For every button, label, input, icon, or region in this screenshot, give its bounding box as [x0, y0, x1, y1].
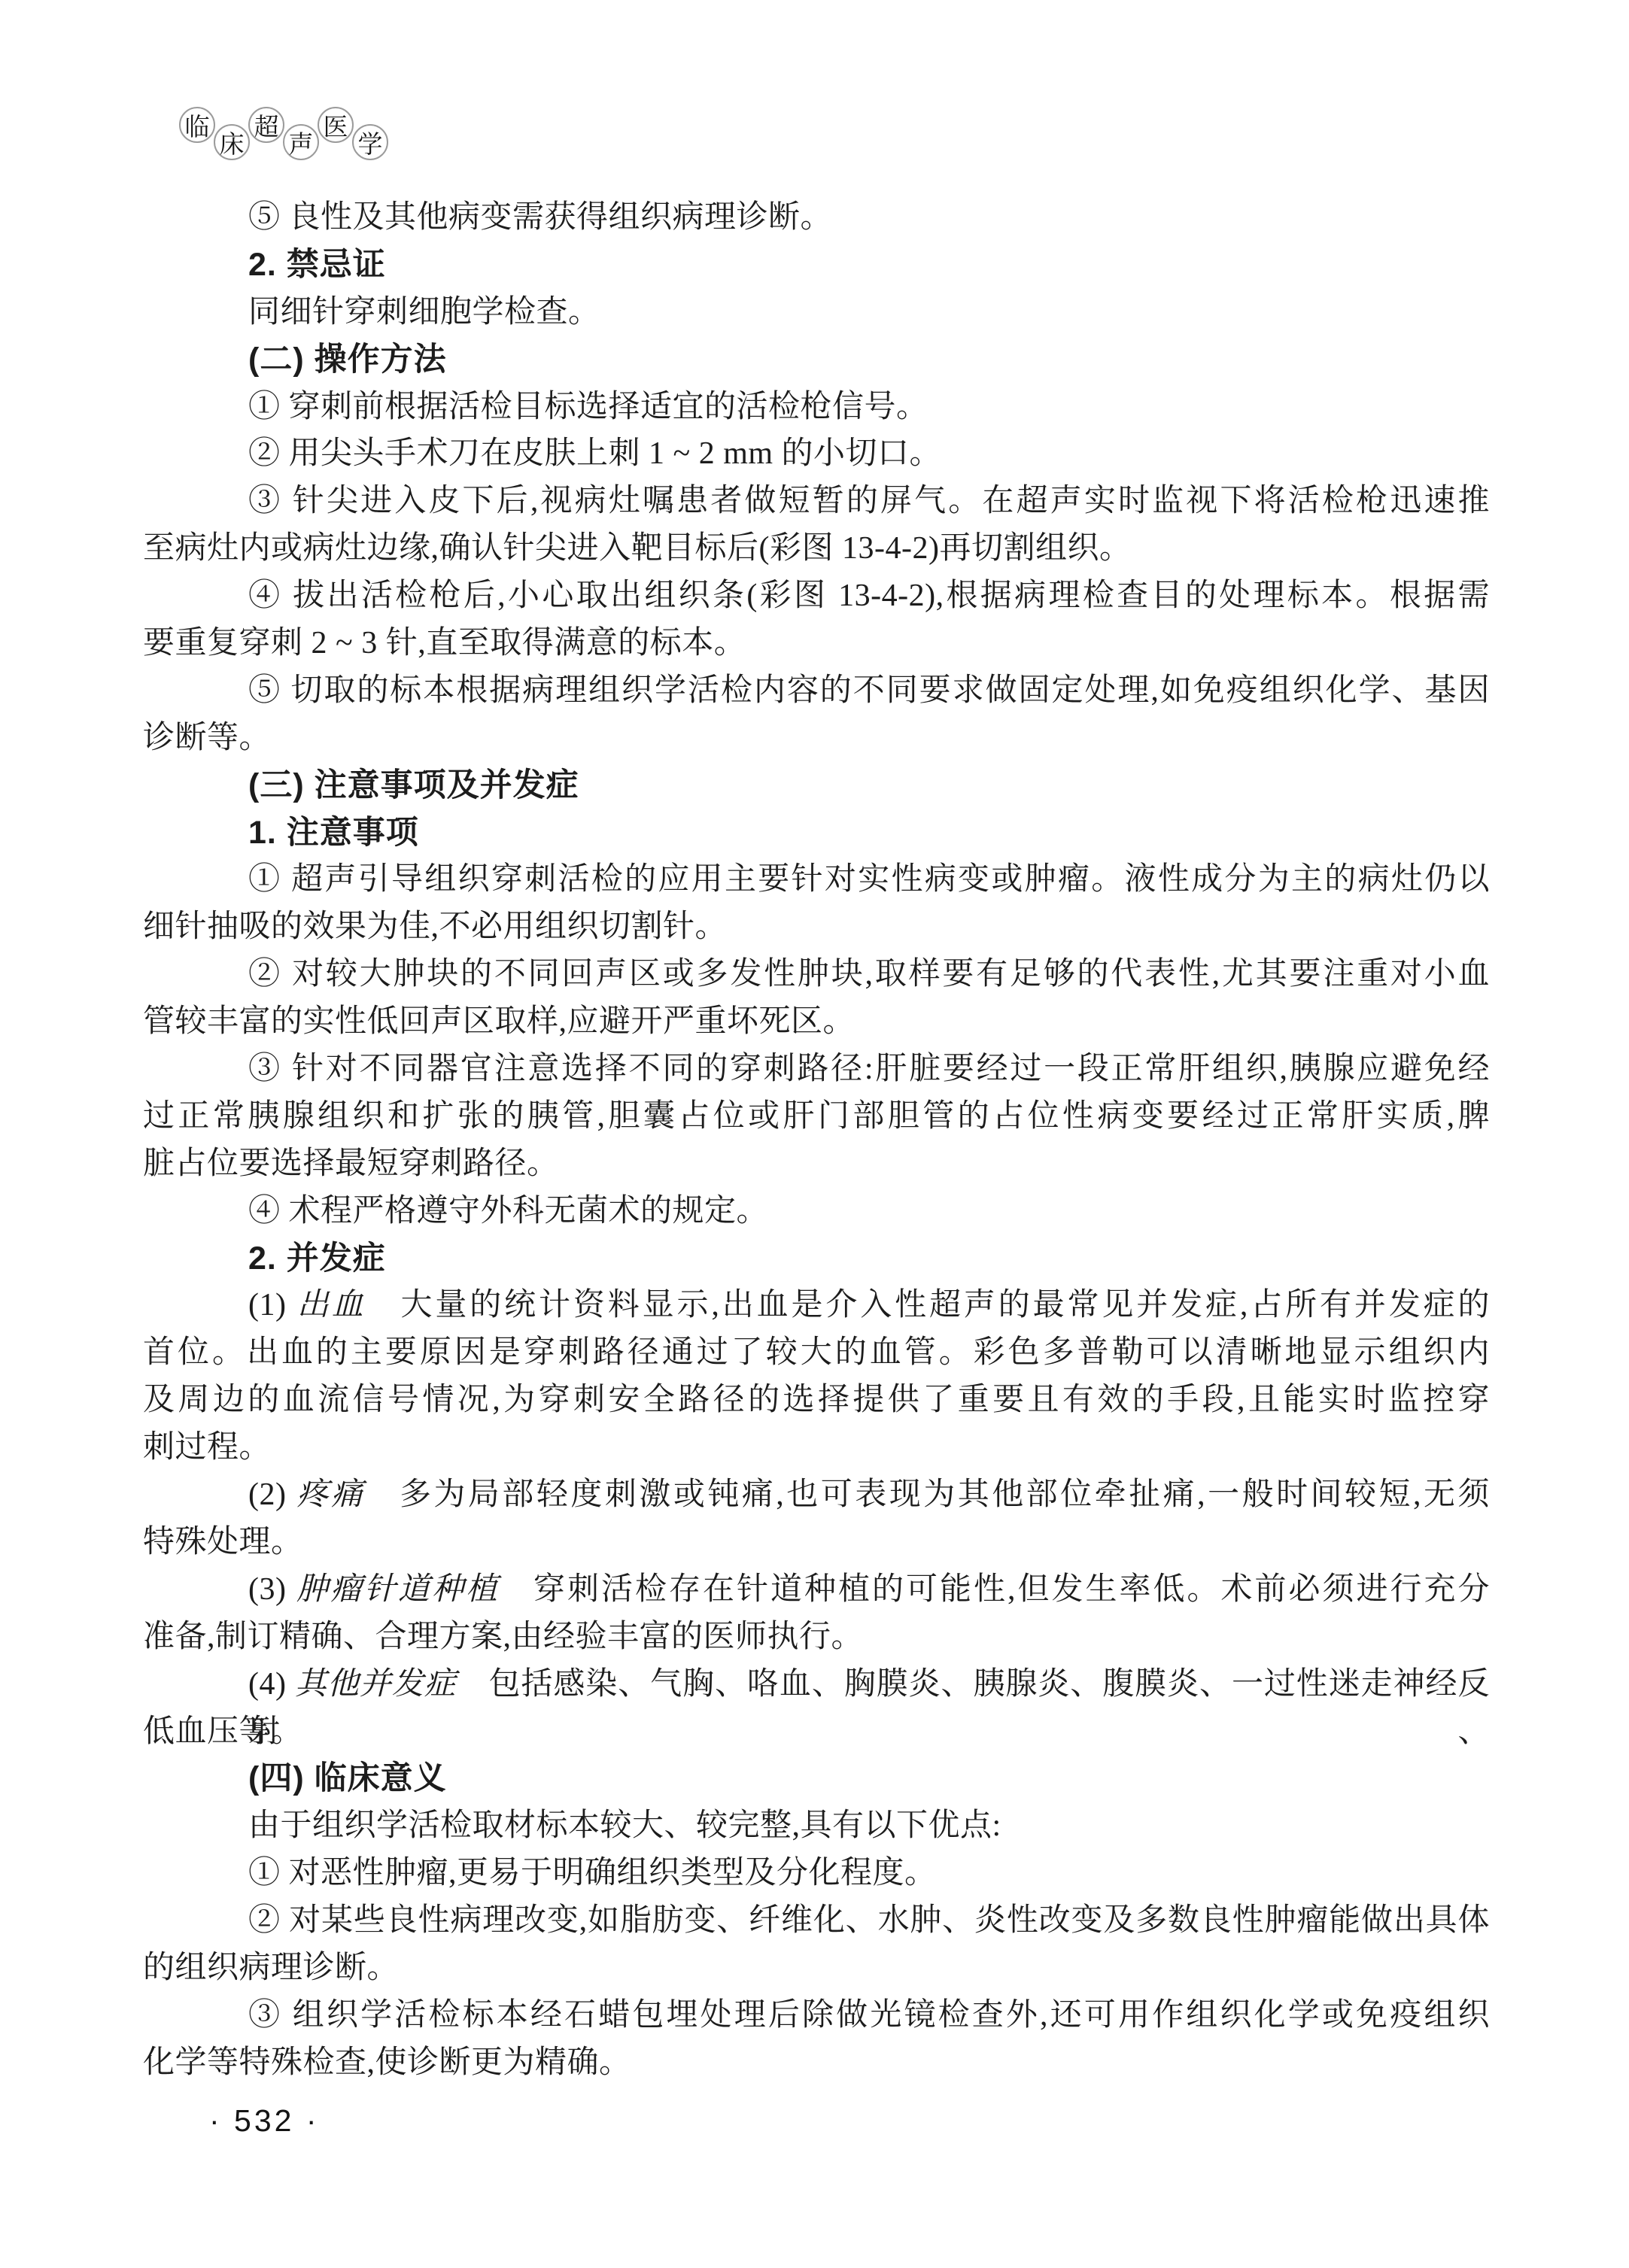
text-line: 的组织病理诊断。	[143, 1945, 1490, 1992]
heading-line: (四) 临床意义	[143, 1755, 1490, 1802]
text-line: ⑤ 良性及其他病变需获得组织病理诊断。	[143, 194, 1490, 241]
text-line: ② 对某些良性病理改变,如脂肪变、纤维化、水肿、炎性改变及多数良性肿瘤能做出具体	[143, 1897, 1490, 1945]
text-run: ③ 组织学活检标本经石蜡包埋处理后除做光镜检查外,还可用作组织化学或免疫组织	[248, 1998, 1490, 2033]
term-kaiti: 肿瘤针道种植	[296, 1572, 500, 1607]
text-run: (二) 操作方法	[248, 342, 447, 378]
text-line: (3) 肿瘤针道种植 穿刺活检存在针道种植的可能性,但发生率低。术前必须进行充分	[143, 1566, 1490, 1614]
text-run: (1)	[248, 1288, 297, 1322]
text-line: 刺过程。	[143, 1424, 1490, 1471]
term-kaiti: 疼痛	[296, 1477, 365, 1512]
logo-char-circle: 医	[318, 107, 354, 143]
text-run: (四) 临床意义	[248, 1760, 447, 1796]
text-line: 同细针穿刺细胞学检查。	[143, 289, 1490, 336]
document-text: ⑤ 良性及其他病变需获得组织病理诊断。2. 禁忌证同细针穿刺细胞学检查。(二) …	[143, 194, 1490, 2087]
text-line: ② 用尖头手术刀在皮肤上刺 1 ~ 2 mm 的小切口。	[143, 430, 1490, 478]
text-run: 首位。出血的主要原因是穿刺路径通过了较大的血管。彩色多普勒可以清晰地显示组织内	[143, 1335, 1490, 1370]
text-run: 穿刺活检存在针道种植的可能性,但发生率低。术前必须进行充分	[500, 1572, 1490, 1607]
text-run: ① 对恶性肿瘤,更易于明确组织类型及分化程度。	[248, 1856, 937, 1890]
text-line: 诊断等。	[143, 715, 1490, 762]
text-run: ② 对某些良性病理改变,如脂肪变、纤维化、水肿、炎性改变及多数良性肿瘤能做出具体	[248, 1903, 1490, 1938]
logo-char-circle: 超	[248, 107, 284, 143]
text-run: ③ 针对不同器官注意选择不同的穿刺路径:肝脏要经过一段正常肝组织,胰腺应避免经	[248, 1052, 1490, 1086]
text-run: 准备,制订精确、合理方案,由经验丰富的医师执行。	[143, 1620, 863, 1654]
logo-char-circle: 临	[179, 107, 215, 143]
text-line: ① 穿刺前根据活检目标选择适宜的活检枪信号。	[143, 384, 1490, 431]
text-line: 要重复穿刺 2 ~ 3 针,直至取得满意的标本。	[143, 620, 1490, 667]
text-run: 同细针穿刺细胞学检查。	[248, 295, 600, 329]
text-run: 过正常胰腺组织和扩张的胰管,胆囊占位或肝门部胆管的占位性病变要经过正常肝实质,脾	[143, 1099, 1490, 1134]
text-run: ② 对较大肿块的不同回声区或多发性肿块,取样要有足够的代表性,尤其要注重对小血	[248, 957, 1490, 991]
text-line: ③ 针对不同器官注意选择不同的穿刺路径:肝脏要经过一段正常肝组织,胰腺应避免经	[143, 1046, 1490, 1093]
text-run: 特殊处理。	[143, 1525, 303, 1559]
text-run: 的组织病理诊断。	[143, 1951, 399, 1985]
text-run: 刺过程。	[143, 1430, 271, 1465]
text-line: 及周边的血流信号情况,为穿刺安全路径的选择提供了重要且有效的手段,且能实时监控穿	[143, 1377, 1490, 1424]
text-line: ③ 针尖进入皮下后,视病灶嘱患者做短暂的屏气。在超声实时监视下将活检枪迅速推	[143, 478, 1490, 525]
text-run: ③ 针尖进入皮下后,视病灶嘱患者做短暂的屏气。在超声实时监视下将活检枪迅速推	[248, 484, 1490, 518]
text-run: 脏占位要选择最短穿刺路径。	[143, 1146, 559, 1181]
text-run: 至病灶内或病灶边缘,确认针尖进入靶目标后(彩图 13-4-2)再切割组织。	[143, 531, 1131, 566]
heading-line: (三) 注意事项及并发症	[143, 762, 1490, 809]
text-run: 细针抽吸的效果为佳,不必用组织切割针。	[143, 909, 727, 944]
logo-char-circle: 床	[214, 124, 250, 160]
heading-line: 1. 注意事项	[143, 809, 1490, 857]
text-run: 要重复穿刺 2 ~ 3 针,直至取得满意的标本。	[143, 626, 746, 660]
text-run: (三) 注意事项及并发症	[248, 767, 579, 803]
text-run: 化学等特殊检查,使诊断更为精确。	[143, 2045, 631, 2080]
text-line: 至病灶内或病灶边缘,确认针尖进入靶目标后(彩图 13-4-2)再切割组织。	[143, 525, 1490, 572]
logo-char-circle: 学	[352, 124, 388, 160]
text-run: 2. 禁忌证	[248, 247, 386, 283]
text-run: (2)	[248, 1477, 296, 1512]
text-line: (2) 疼痛 多为局部轻度刺激或钝痛,也可表现为其他部位牵扯痛,一般时间较短,无…	[143, 1471, 1490, 1519]
text-run: ④ 拔出活检枪后,小心取出组织条(彩图 13-4-2),根据病理检查目的处理标本…	[248, 578, 1490, 613]
heading-line: (二) 操作方法	[143, 336, 1490, 384]
text-line: 过正常胰腺组织和扩张的胰管,胆囊占位或肝门部胆管的占位性病变要经过正常肝实质,脾	[143, 1093, 1490, 1140]
term-kaiti: 出血	[297, 1288, 366, 1322]
text-line: ④ 术程严格遵守外科无菌术的规定。	[143, 1188, 1490, 1235]
page-number: · 532 ·	[209, 2103, 320, 2139]
text-line: 管较丰富的实性低回声区取样,应避开严重坏死区。	[143, 998, 1490, 1046]
text-line: 细针抽吸的效果为佳,不必用组织切割针。	[143, 903, 1490, 951]
text-line: 准备,制订精确、合理方案,由经验丰富的医师执行。	[143, 1614, 1490, 1661]
text-line: ① 超声引导组织穿刺活检的应用主要针对实性病变或肿瘤。液性成分为主的病灶仍以	[143, 856, 1490, 903]
text-line: 首位。出血的主要原因是穿刺路径通过了较大的血管。彩色多普勒可以清晰地显示组织内	[143, 1329, 1490, 1377]
text-run: 诊断等。	[143, 721, 271, 755]
text-run: ⑤ 良性及其他病变需获得组织病理诊断。	[248, 200, 832, 235]
text-run: 及周边的血流信号情况,为穿刺安全路径的选择提供了重要且有效的手段,且能实时监控穿	[143, 1383, 1490, 1417]
text-run: ④ 术程严格遵守外科无菌术的规定。	[248, 1194, 768, 1228]
text-line: ② 对较大肿块的不同回声区或多发性肿块,取样要有足够的代表性,尤其要注重对小血	[143, 951, 1490, 998]
text-line: 脏占位要选择最短穿刺路径。	[143, 1140, 1490, 1188]
text-line: 由于组织学活检取材标本较大、较完整,具有以下优点:	[143, 1802, 1490, 1850]
text-run: ② 用尖头手术刀在皮肤上刺 1 ~ 2 mm 的小切口。	[248, 436, 941, 471]
term-kaiti: 其他并发症	[295, 1667, 457, 1702]
text-run: ① 穿刺前根据活检目标选择适宜的活检枪信号。	[248, 390, 928, 424]
heading-line: 2. 禁忌证	[143, 241, 1490, 289]
text-run: 大量的统计资料显示,出血是介入性超声的最常见并发症,占所有并发症的	[366, 1288, 1490, 1322]
text-run: (4)	[248, 1667, 295, 1702]
text-line: 特殊处理。	[143, 1519, 1490, 1566]
book-logo: 临床超声医学	[179, 105, 427, 188]
text-line: ⑤ 切取的标本根据病理组织学活检内容的不同要求做固定处理,如免疫组织化学、基因	[143, 667, 1490, 715]
heading-line: 2. 并发症	[143, 1235, 1490, 1283]
text-line: 化学等特殊检查,使诊断更为精确。	[143, 2039, 1490, 2087]
text-line: ④ 拔出活检枪后,小心取出组织条(彩图 13-4-2),根据病理检查目的处理标本…	[143, 572, 1490, 620]
text-run: 2. 并发症	[248, 1240, 386, 1277]
text-line: (4) 其他并发症 包括感染、气胸、咯血、胸膜炎、胰腺炎、腹膜炎、一过性迷走神经…	[143, 1661, 1490, 1708]
text-run: (3)	[248, 1572, 296, 1607]
text-line: ① 对恶性肿瘤,更易于明确组织类型及分化程度。	[143, 1850, 1490, 1897]
text-run: 管较丰富的实性低回声区取样,应避开严重坏死区。	[143, 1004, 855, 1039]
text-line: (1) 出血 大量的统计资料显示,出血是介入性超声的最常见并发症,占所有并发症的	[143, 1282, 1490, 1329]
text-run: 低血压等。	[143, 1714, 303, 1749]
text-run: 1. 注意事项	[248, 815, 419, 851]
text-run: ① 超声引导组织穿刺活检的应用主要针对实性病变或肿瘤。液性成分为主的病灶仍以	[248, 862, 1490, 897]
logo-char-circle: 声	[283, 124, 319, 160]
text-run: ⑤ 切取的标本根据病理组织学活检内容的不同要求做固定处理,如免疫组织化学、基因	[248, 673, 1490, 708]
text-run: 多为局部轻度刺激或钝痛,也可表现为其他部位牵扯痛,一般时间较短,无须	[365, 1477, 1490, 1512]
text-line: ③ 组织学活检标本经石蜡包埋处理后除做光镜检查外,还可用作组织化学或免疫组织	[143, 1992, 1490, 2039]
text-run: 由于组织学活检取材标本较大、较完整,具有以下优点:	[248, 1808, 1001, 1843]
book-page: 临床超声医学 ⑤ 良性及其他病变需获得组织病理诊断。2. 禁忌证同细针穿刺细胞学…	[0, 0, 1629, 2268]
